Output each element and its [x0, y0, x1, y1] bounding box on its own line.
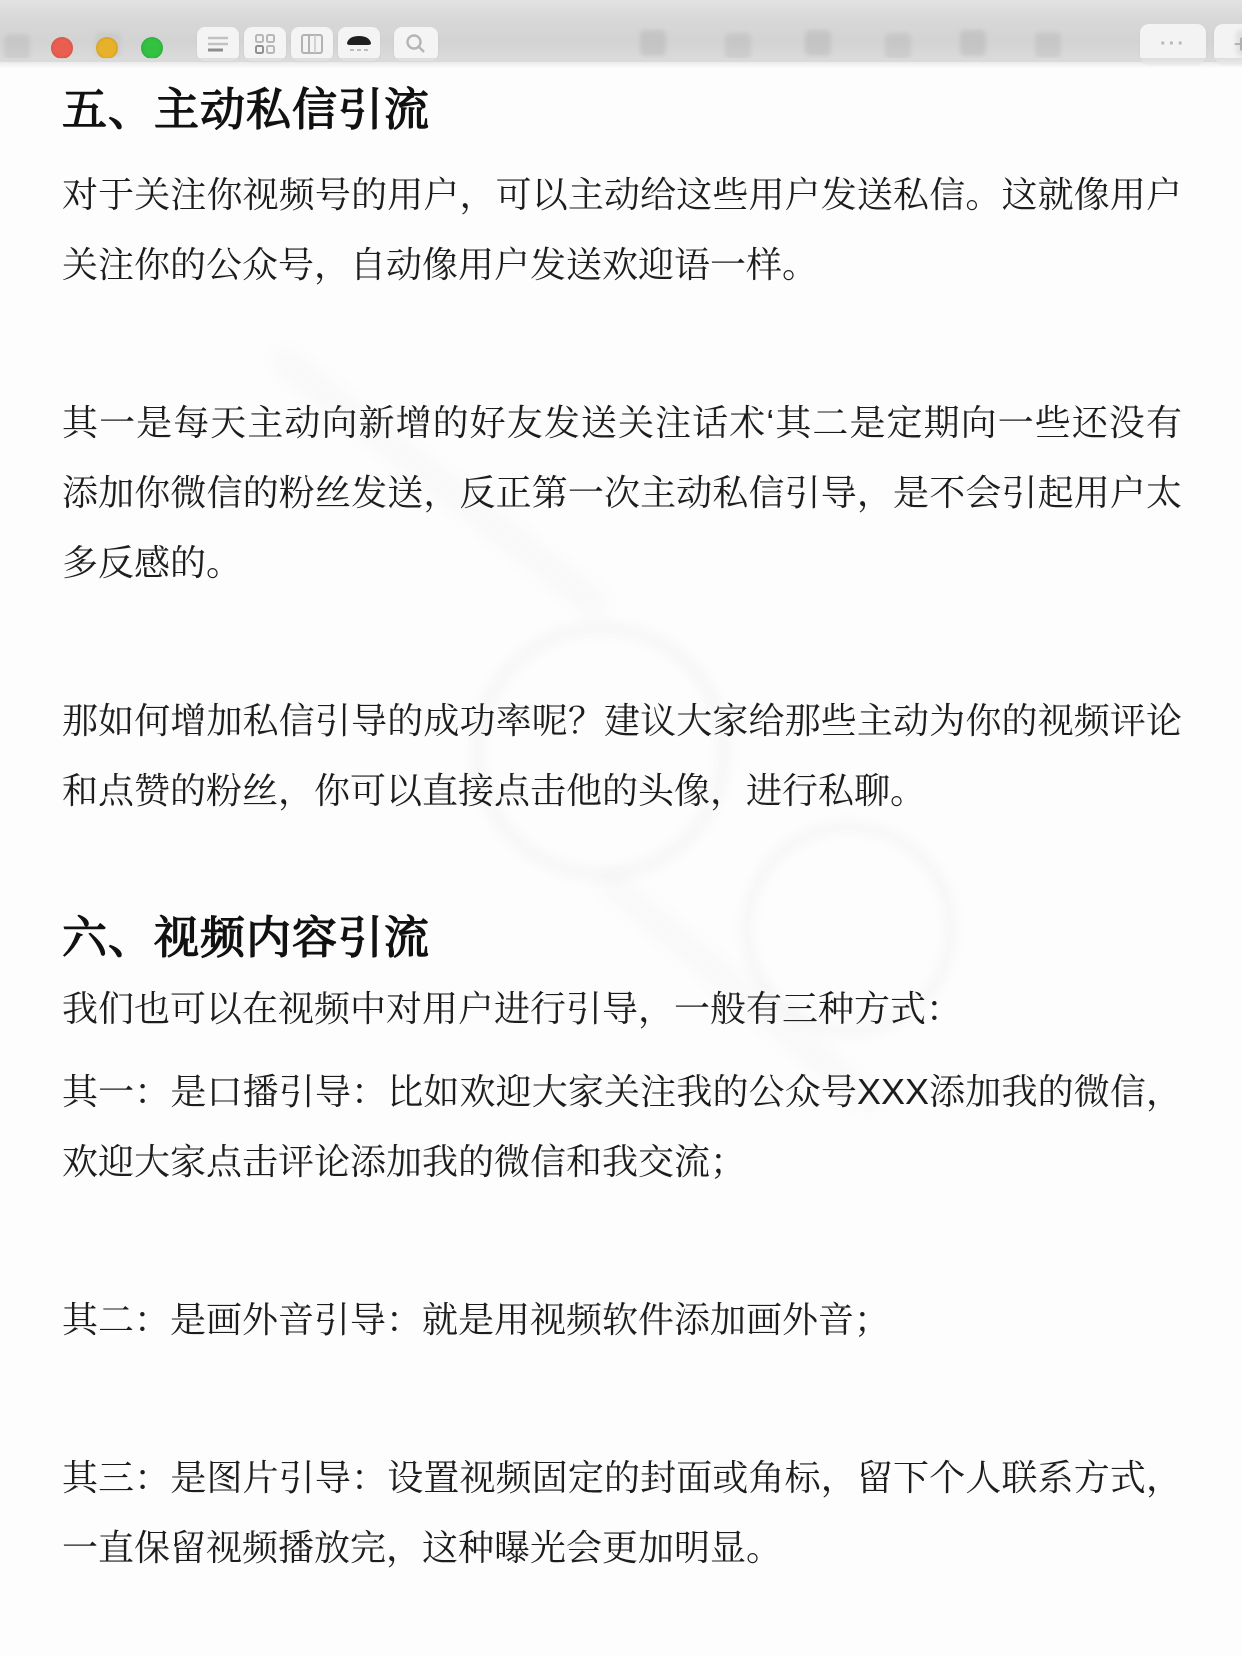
reader-view-icon — [300, 33, 324, 55]
paragraph: 其一：是口播引导：比如欢迎大家关注我的公众号XXX添加我的微信，欢迎大家点击评论… — [62, 1057, 1182, 1197]
list-view-button[interactable] — [197, 27, 239, 61]
artifact-smudge — [725, 33, 751, 59]
paragraph: 那如何增加私信引导的成功率呢？建议大家给那些主动为你的视频评论和点赞的粉丝，你可… — [62, 686, 1182, 826]
search-button[interactable] — [394, 27, 438, 61]
artifact-smudge — [4, 34, 30, 60]
drawer-icon — [344, 34, 374, 54]
grid-view-button[interactable] — [244, 27, 286, 61]
artifact-smudge — [805, 30, 831, 56]
artifact-smudge — [1236, 30, 1242, 56]
ellipsis-icon: ··· — [1160, 33, 1186, 56]
artifact-smudge — [1035, 32, 1061, 58]
artifact-smudge — [640, 30, 666, 56]
paragraph: 我们也可以在视频中对用户进行引导，一般有三种方式： — [62, 974, 1182, 1044]
list-icon — [206, 34, 230, 54]
zoom-button[interactable] — [141, 37, 163, 59]
section-heading-5: 五、主动私信引流 — [62, 86, 1182, 134]
artifact-smudge — [95, 32, 121, 58]
more-options-button[interactable]: ··· — [1140, 24, 1206, 64]
paragraph: 其三：是图片引导：设置视频固定的封面或角标，留下个人联系方式，一直保留视频播放完… — [62, 1443, 1182, 1583]
paragraph: 其二：是画外音引导：就是用视频软件添加画外音； — [62, 1285, 1182, 1355]
reader-view-button[interactable] — [291, 27, 333, 61]
section-heading-6: 六、视频内容引流 — [62, 914, 1182, 962]
paragraph: 其一是每天主动向新增的好友发送关注话术‘其二是定期向一些还没有添加你微信的粉丝发… — [62, 388, 1182, 598]
artifact-smudge — [960, 30, 986, 56]
artifact-smudge — [885, 33, 911, 59]
grid-icon — [254, 33, 276, 55]
toolbar-button-group — [197, 27, 380, 61]
window-titlebar: ··· + — [0, 0, 1242, 62]
downloads-button[interactable] — [338, 27, 380, 61]
document-page: 五、主动私信引流 对于关注你视频号的用户，可以主动给这些用户发送私信。这就像用户… — [62, 86, 1182, 1583]
search-icon — [404, 32, 428, 56]
close-button[interactable] — [51, 37, 73, 59]
paragraph: 对于关注你视频号的用户，可以主动给这些用户发送私信。这就像用户关注你的公众号，自… — [62, 160, 1182, 300]
